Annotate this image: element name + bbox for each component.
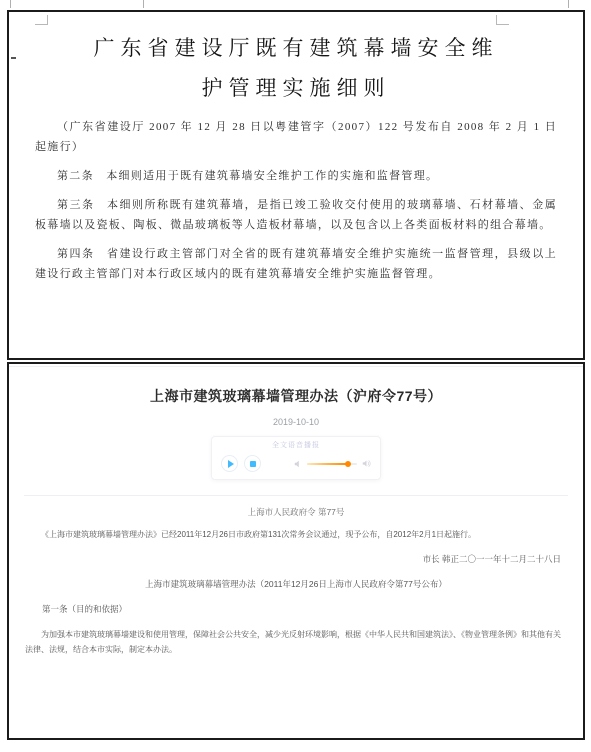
document-page-shanghai: 上海市建筑玻璃幕墙管理办法（沪府令77号） 2019-10-10 全文语音播报 (7, 362, 585, 740)
doc1-article-4: 第四条 省建设行政主管部门对全省的既有建筑幕墙安全维护实施统一监督管理，县级以上… (35, 244, 557, 284)
section-divider (24, 495, 568, 496)
audio-player: 全文语音播报 (211, 436, 381, 480)
stop-button[interactable] (244, 455, 261, 472)
margin-dash (11, 57, 16, 59)
document-page-guangdong: 广东省建设厅既有建筑幕墙安全维 护管理实施细则 （广东省建设厅 2007 年 1… (7, 10, 585, 360)
top-divider (9, 366, 583, 367)
doc2-page-title: 上海市建筑玻璃幕墙管理办法（沪府令77号） (9, 386, 583, 406)
announcement-paragraph: 《上海市建筑玻璃幕墙管理办法》已经2011年12月26日市政府第131次常务会议… (25, 529, 567, 540)
ruler-tick (143, 0, 144, 8)
doc1-title: 广东省建设厅既有建筑幕墙安全维 护管理实施细则 (9, 28, 583, 108)
audio-player-caption: 全文语音播报 (221, 441, 371, 450)
play-icon (228, 460, 234, 468)
ruler-tick (568, 0, 569, 8)
doc1-article-3: 第三条 本细则所称既有建筑幕墙，是指已竣工验收交付使用的玻璃幕墙、石材幕墙、金属… (35, 195, 557, 235)
doc2-subtitle: 上海市建筑玻璃幕墙管理办法（2011年12月26日上海市人民政府令第77号公布） (9, 578, 583, 590)
text-boundary-mark-left-icon (35, 15, 48, 25)
doc1-article-2: 第二条 本细则适用于既有建筑幕墙安全维护工作的实施和监督管理。 (35, 166, 557, 186)
doc1-issuance-note: （广东省建设厅 2007 年 12 月 28 日以粤建管字（2007）122 号… (35, 117, 557, 157)
volume-slider-handle[interactable] (345, 461, 351, 467)
doc1-title-line1: 广东省建设厅既有建筑幕墙安全维 (9, 28, 583, 68)
stop-icon (250, 461, 256, 467)
article-1-body: 为加强本市建筑玻璃幕墙建设和使用管理，保障社会公共安全，减少光反射环境影响，根据… (25, 627, 567, 657)
ruler-tick (10, 0, 11, 8)
decree-number: 上海市人民政府令 第77号 (9, 506, 583, 518)
doc1-title-line2: 护管理实施细则 (9, 68, 583, 108)
play-button[interactable] (221, 455, 238, 472)
volume-up-icon (362, 459, 371, 468)
volume-slider[interactable] (307, 463, 357, 465)
doc2-publish-date: 2019-10-10 (9, 417, 583, 427)
article-1-heading: 第一条（目的和依据） (25, 603, 567, 615)
volume-down-icon (294, 460, 302, 468)
text-boundary-mark-right-icon (496, 15, 509, 25)
mayor-signature: 市长 韩正二〇一一年十二月二十八日 (31, 553, 561, 565)
volume-slider-fill (307, 463, 347, 465)
